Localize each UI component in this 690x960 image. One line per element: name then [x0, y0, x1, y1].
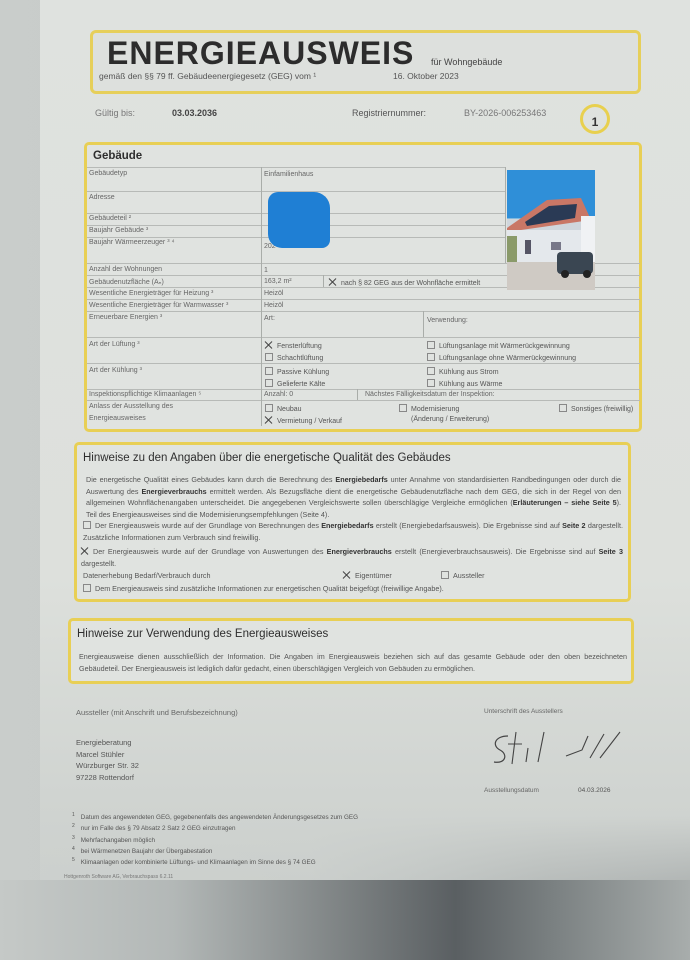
issuer-address: Energieberatung Marcel Stühler Würzburge…	[76, 737, 139, 783]
checked-box-icon	[265, 341, 273, 349]
label-next-inspection: Nächstes Fälligkeitsdatum der Inspektion…	[365, 391, 495, 398]
column-divider	[505, 167, 506, 263]
house-image	[507, 170, 595, 290]
option-cooling-electric[interactable]: Kühlung aus Strom	[427, 367, 499, 376]
title-suffix: für Wohngebäude	[431, 57, 502, 67]
value-units: 1	[264, 267, 268, 274]
footnote: 1Datum des angewendeten GEG, gegebenenfa…	[72, 811, 358, 822]
quality-intro: Die energetische Qualität eines Gebäudes…	[86, 474, 621, 520]
option-modernization-detail: (Änderung / Erweiterung)	[411, 416, 489, 423]
checkbox-icon	[265, 353, 273, 361]
option-rental-sale[interactable]: Vermietung / Verkauf	[265, 416, 342, 425]
footnote: 2nur im Falle des § 79 Absatz 2 Satz 2 G…	[72, 822, 358, 833]
label-year-heater: Baujahr Wärmeerzeuger ³ ⁴	[89, 239, 174, 246]
issuer-line: Energieberatung	[76, 737, 139, 749]
option-demand-certificate[interactable]: Der Energieausweis wurde auf der Grundla…	[83, 520, 623, 543]
registration-number: BY-2026-006253463	[464, 108, 546, 118]
registration-label: Registriernummer:	[352, 108, 426, 118]
valid-until-value: 03.03.2036	[172, 108, 217, 118]
signature-icon	[486, 728, 626, 768]
option-cooling-heat[interactable]: Kühlung aus Wärme	[427, 379, 502, 388]
option-label: Modernisierung	[411, 406, 459, 413]
row-ventilation: Art der Lüftung ³ Fensterlüftung Schacht…	[87, 337, 640, 364]
issuer-line: Würzburger Str. 32	[76, 760, 139, 772]
issue-date-value: 04.03.2026	[578, 787, 611, 794]
building-section-title: Gebäude	[93, 150, 142, 162]
option-ventilation-no-recovery[interactable]: Lüftungsanlage ohne Wärmerückgewinnung	[427, 353, 576, 362]
option-delivered-cooling[interactable]: Gelieferte Kälte	[265, 379, 325, 388]
value-floor-area: 163,2 m²	[264, 278, 292, 285]
renewables-kind-label: Art:	[264, 315, 275, 322]
row-building-type: Gebäudetyp Einfamilienhaus	[87, 167, 505, 192]
value-building-type: Einfamilienhaus	[264, 171, 313, 178]
label-floor-area: Gebäudenutzfläche (Aₙ)	[89, 278, 164, 286]
option-new-building[interactable]: Neubau	[265, 404, 302, 413]
option-collected-by-owner[interactable]: Eigentümer	[343, 570, 392, 582]
usage-section-title: Hinweise zur Verwendung des Energieauswe…	[77, 628, 328, 640]
label-building-type: Gebäudetyp	[89, 170, 127, 177]
column-divider	[357, 389, 358, 400]
option-shaft-ventilation[interactable]: Schachtlüftung	[265, 353, 323, 362]
issuer-label: Aussteller (mit Anschrift und Berufsbeze…	[76, 708, 238, 717]
row-issue-reason: Anlass der Ausstellung des Energieauswei…	[87, 400, 640, 427]
building-photo	[507, 170, 595, 290]
label-renewables: Erneuerbare Energien ³	[89, 314, 162, 321]
option-label: Neubau	[277, 406, 302, 413]
checkbox-icon	[83, 521, 91, 529]
column-divider	[323, 275, 324, 287]
label-year-building: Baujahr Gebäude ³	[89, 227, 148, 234]
checkbox-icon	[427, 353, 435, 361]
option-window-ventilation[interactable]: Fensterlüftung	[265, 341, 322, 350]
label-issue-reason: Anlass der Ausstellung des	[89, 403, 173, 410]
checkbox-icon	[427, 379, 435, 387]
valid-until-label: Gültig bis:	[95, 108, 135, 118]
label-units: Anzahl der Wohnungen	[89, 266, 162, 273]
area-method-label: nach § 82 GEG aus der Wohnfläche ermitte…	[341, 280, 480, 287]
checkbox-icon	[265, 367, 273, 375]
quality-section-title: Hinweise zu den Angaben über die energet…	[83, 452, 451, 464]
option-label: Gelieferte Kälte	[277, 381, 325, 388]
issue-date-label: Ausstellungsdatum	[484, 787, 539, 794]
checkbox-icon	[265, 404, 273, 412]
footnotes: 1Datum des angewendeten GEG, gegebenenfa…	[72, 811, 358, 867]
checkbox-icon	[83, 584, 91, 592]
geg-date: 16. Oktober 2023	[393, 71, 459, 81]
option-label: Sonstiges (freiwillig)	[571, 406, 633, 413]
title-box: ENERGIEAUSWEIS für Wohngebäude gemäß den…	[90, 30, 641, 94]
page-number-badge: 1	[580, 104, 610, 134]
label-ventilation: Art der Lüftung ³	[89, 341, 140, 348]
signature-label: Unterschrift des Ausstellers	[484, 708, 563, 715]
value-water-carrier: Heizöl	[264, 302, 283, 309]
column-divider	[261, 167, 262, 426]
checkbox-icon	[559, 404, 567, 412]
label-building-part: Gebäudeteil ²	[89, 215, 131, 222]
option-label: Passive Kühlung	[277, 369, 329, 376]
table-surface	[0, 880, 690, 960]
option-passive-cooling[interactable]: Passive Kühlung	[265, 367, 329, 376]
label-water-carrier: Wesentliche Energieträger für Warmwasser…	[89, 302, 228, 309]
option-additional-info[interactable]: Dem Energieausweis sind zusätzliche Info…	[83, 583, 444, 595]
label-heating-carrier: Wesentliche Energieträger für Heizung ³	[89, 290, 213, 297]
issuer-line: Marcel Stühler	[76, 749, 139, 761]
option-other[interactable]: Sonstiges (freiwillig)	[559, 404, 633, 413]
value-heating-carrier: Heizöl	[264, 290, 283, 297]
usage-section: Hinweise zur Verwendung des Energieauswe…	[68, 618, 634, 684]
checked-box-icon	[265, 416, 273, 424]
area-method-checkbox[interactable]: nach § 82 GEG aus der Wohnfläche ermitte…	[329, 278, 480, 287]
checkbox-icon	[427, 367, 435, 375]
renewables-usage-label: Verwendung:	[427, 317, 468, 324]
legal-basis: gemäß den §§ 79 ff. Gebäudeenergiegesetz…	[99, 71, 316, 81]
row-renewables: Erneuerbare Energien ³ Art: Verwendung:	[87, 311, 640, 338]
option-label: Lüftungsanlage mit Wärmerückgewinnung	[439, 343, 570, 350]
value-ac-count: Anzahl: 0	[264, 391, 293, 398]
option-label: Schachtlüftung	[277, 355, 323, 362]
quality-section: Hinweise zu den Angaben über die energet…	[74, 442, 631, 602]
option-modernization[interactable]: Modernisierung	[399, 404, 459, 413]
column-divider	[423, 311, 424, 337]
label-address: Adresse	[89, 194, 115, 201]
option-label: Vermietung / Verkauf	[277, 418, 342, 425]
issuer-line: 97228 Rottendorf	[76, 772, 139, 784]
option-consumption-certificate[interactable]: Der Energieausweis wurde auf der Grundla…	[81, 546, 623, 569]
option-label: Kühlung aus Wärme	[439, 381, 502, 388]
label-ac-systems: Inspektionspflichtige Klimaanlagen ⁵	[89, 391, 201, 398]
data-collection-label: Datenerhebung Bedarf/Verbrauch durch	[83, 570, 210, 582]
footnote: 5Klimaanlagen oder kombinierte Lüftungs-…	[72, 856, 358, 867]
option-ventilation-heat-recovery[interactable]: Lüftungsanlage mit Wärmerückgewinnung	[427, 341, 570, 350]
software-credit: Hottgenroth Software AG, Verbrauchspass …	[64, 874, 173, 880]
option-label: Fensterlüftung	[277, 343, 322, 350]
checked-box-icon	[343, 571, 351, 579]
footnote: 4bei Wärmenetzen Baujahr der Übergabesta…	[72, 845, 358, 856]
row-cooling: Art der Kühlung ³ Passive Kühlung Gelief…	[87, 363, 640, 390]
label-issue-reason-2: Energieausweises	[89, 415, 146, 422]
footnote: 3Mehrfachangaben möglich	[72, 834, 358, 845]
label-cooling: Art der Kühlung ³	[89, 367, 142, 374]
usage-text: Energieausweise dienen ausschließlich de…	[79, 651, 627, 674]
checked-box-icon	[329, 278, 337, 286]
checkbox-icon	[427, 341, 435, 349]
option-label: Kühlung aus Strom	[439, 369, 499, 376]
checked-box-icon	[81, 547, 89, 555]
checkbox-icon	[265, 379, 273, 387]
option-collected-by-issuer[interactable]: Aussteller	[441, 570, 485, 582]
checkbox-icon	[441, 571, 449, 579]
option-label: Lüftungsanlage ohne Wärmerückgewinnung	[439, 355, 576, 362]
document-title: ENERGIEAUSWEIS	[107, 35, 414, 72]
checkbox-icon	[399, 404, 407, 412]
address-redaction	[268, 192, 330, 248]
